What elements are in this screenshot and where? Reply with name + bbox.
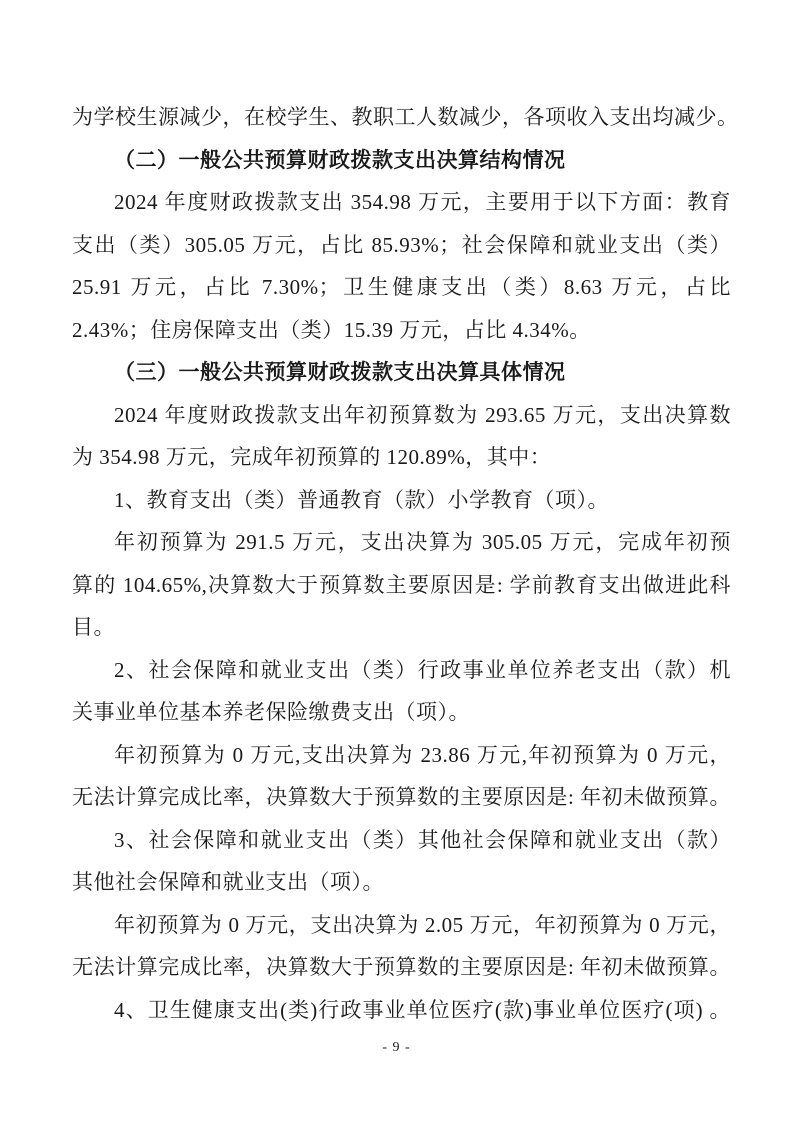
- list-item-3: 3、社会保障和就业支出（类）其他社会保障和就业支出（款）: [72, 819, 731, 862]
- paragraph-line: 支出（类）305.05 万元，占比 85.93%；社会保障和就业支出（类）: [72, 224, 731, 267]
- list-item-1: 1、教育支出（类）普通教育（款）小学教育（项）。: [72, 479, 731, 522]
- section-heading-2: （二）一般公共预算财政拨款支出决算结构情况: [72, 139, 731, 182]
- document-page: 为学校生源减少，在校学生、教职工人数减少，各项收入支出均减少。 （二）一般公共预…: [0, 0, 793, 1122]
- paragraph-line: 2.43%；住房保障支出（类）15.39 万元，占比 4.34%。: [72, 309, 731, 352]
- paragraph-line: 无法计算完成比率，决算数大于预算数的主要原因是: 年初未做预算。: [72, 946, 731, 989]
- list-item-4: 4、卫生健康支出(类)行政事业单位医疗(款)事业单位医疗(项) 。: [72, 989, 731, 1032]
- page-number: - 9 -: [0, 1038, 793, 1058]
- paragraph-line: 年初预算为 291.5 万元，支出决算为 305.05 万元，完成年初预: [72, 521, 731, 564]
- paragraph-line: 2024 年度财政拨款支出 354.98 万元，主要用于以下方面：教育: [72, 181, 731, 224]
- paragraph-line: 为 354.98 万元，完成年初预算的 120.89%，其中：: [72, 436, 731, 479]
- list-item-2: 2、社会保障和就业支出（类）行政事业单位养老支出（款）机: [72, 649, 731, 692]
- paragraph-line: 年初预算为 0 万元，支出决算为 2.05 万元，年初预算为 0 万元，: [72, 904, 731, 947]
- paragraph-line: 年初预算为 0 万元,支出决算为 23.86 万元,年初预算为 0 万元，: [72, 734, 731, 777]
- document-body: 为学校生源减少，在校学生、教职工人数减少，各项收入支出均减少。 （二）一般公共预…: [72, 96, 731, 1031]
- paragraph-continuation: 为学校生源减少，在校学生、教职工人数减少，各项收入支出均减少。: [72, 96, 731, 139]
- paragraph-line: 目。: [72, 606, 731, 649]
- paragraph-line: 2024 年度财政拨款支出年初预算数为 293.65 万元，支出决算数: [72, 394, 731, 437]
- paragraph-line: 无法计算完成比率，决算数大于预算数的主要原因是: 年初未做预算。: [72, 776, 731, 819]
- paragraph-line: 其他社会保障和就业支出（项）。: [72, 861, 731, 904]
- paragraph-line: 算的 104.65%,决算数大于预算数主要原因是: 学前教育支出做进此科: [72, 564, 731, 607]
- section-heading-3: （三）一般公共预算财政拨款支出决算具体情况: [72, 351, 731, 394]
- paragraph-line: 25.91 万元，占比 7.30%；卫生健康支出（类）8.63 万元，占比: [72, 266, 731, 309]
- paragraph-line: 关事业单位基本养老保险缴费支出（项）。: [72, 691, 731, 734]
